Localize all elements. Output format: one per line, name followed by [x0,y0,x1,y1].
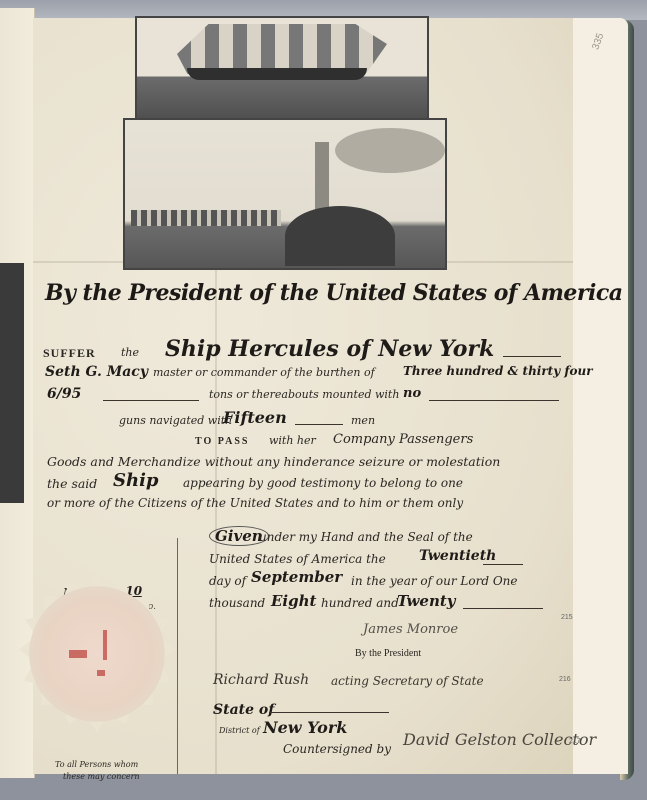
pencil-note: 216 [559,676,571,683]
said-suffix: appearing by good testimony to belong to… [183,476,463,490]
crew-count: Fifteen [223,408,287,427]
given-month: September [251,568,342,586]
blank-line [483,564,523,565]
given-line-1: under my Hand and the Seal of the [259,530,473,544]
seal-wax-mark [103,630,107,660]
album-page-edge [566,18,628,774]
blank-line [103,400,199,401]
facing-page-photo [0,263,24,503]
given-line-4-mid: hundred and [321,596,399,610]
the-label: the [121,346,139,359]
countersigned-label: Countersigned by [283,742,391,756]
blank-line [503,356,561,357]
with-her-text: with her [269,434,316,447]
blank-line [269,712,389,713]
pencil-note: 217 [569,738,581,745]
ship-hull [187,68,367,80]
burthen-value: Three hundred & thirty four [403,364,593,378]
district-value: New York [263,718,347,737]
harbor-lighthouse-engraving [123,118,447,270]
to-pass-label: TO PASS [195,436,249,447]
sailing-ship-engraving [135,16,429,126]
blank-line [463,608,543,609]
given-line-3: day of [209,574,246,588]
given-line-4: thousand [209,596,265,610]
burthen-fraction: 6/95 [47,386,81,402]
rock-island [285,206,395,266]
said-vessel: Ship [113,470,159,491]
district-of-label: District of [219,726,260,735]
given-line-2: United States of America the [209,552,386,566]
document-heading: By the President of the United States of… [45,280,623,306]
vessel-name: Ship Hercules of New York [165,336,494,362]
blank-line [295,424,343,425]
smoke-cloud [335,128,445,173]
president-signature: James Monroe [363,622,458,637]
margin-rule [177,538,178,774]
said-prefix: the said [47,476,97,491]
master-text: master or commander of the burthen of [153,366,375,379]
given-day: Twentieth [419,548,496,564]
to-all-persons: To all Persons whom [55,760,138,769]
tons-text: tons or thereabouts mounted with [209,388,399,401]
pencil-note: 215 [561,614,573,621]
guns-value: no [403,386,421,401]
seal-wax-mark [97,670,105,676]
given-hundreds: Eight [271,592,316,610]
men-label: men [351,414,375,427]
ship-sails [177,24,387,74]
given-year: Twenty [397,592,456,610]
company-text: Company Passengers [333,432,473,447]
secretary-title: acting Secretary of State [331,674,484,688]
these-may-concern: these may concern [63,772,140,781]
by-the-president: By the President [355,648,421,659]
seal-wax-mark [69,650,87,658]
given-line-3-suffix: in the year of our Lord One [351,574,518,588]
state-of-label: State of [213,702,274,718]
passport-document: By the President of the United States of… [33,18,573,774]
secretary-signature: Richard Rush [213,672,309,688]
master-name: Seth G. Macy [45,364,148,380]
citizens-line: or more of the Citizens of the United St… [47,496,463,510]
guns-text: guns navigated with [119,414,232,427]
collector-signature: David Gelston Collector [403,730,596,749]
suffer-label: SUFFER [43,346,96,361]
city-skyline [131,210,281,226]
embossed-seal [29,586,165,722]
blank-line [429,400,559,401]
goods-line: Goods and Merchandize without any hinder… [47,454,500,469]
